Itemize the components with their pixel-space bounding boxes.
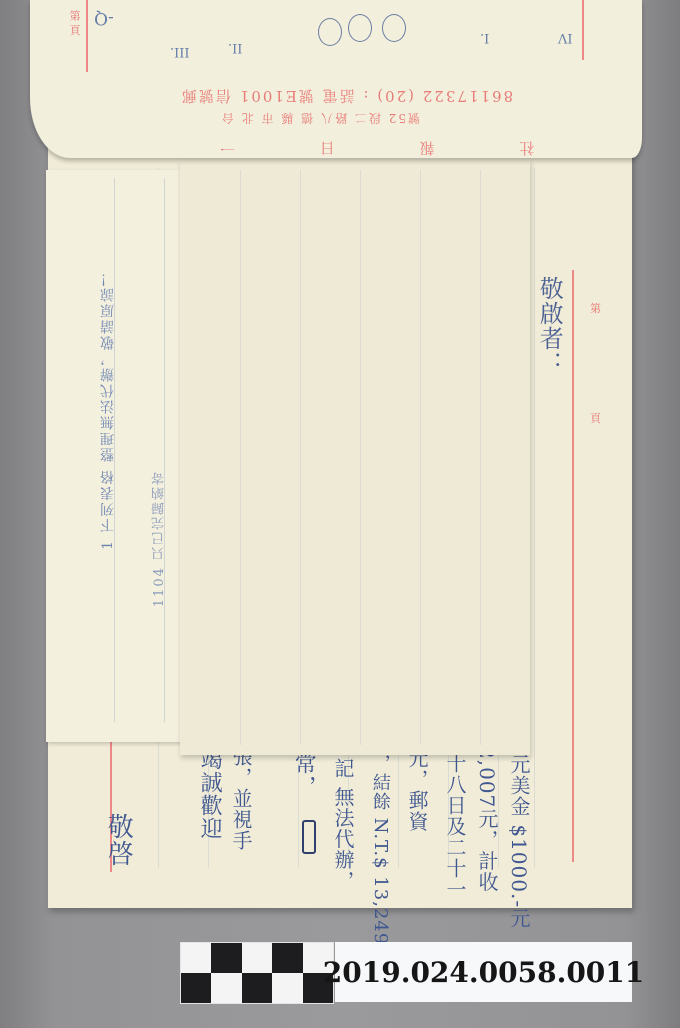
rule-line <box>240 170 241 745</box>
page-marker-bottom: 頁 <box>590 410 601 426</box>
seal-stamp-icon <box>302 820 316 854</box>
letter-column: ，結餘 N.T.$ 13,249元 <box>370 754 389 964</box>
slip-note-line-2: 1104 只已完歸納寄 <box>150 470 169 607</box>
rule-line <box>360 170 361 745</box>
letter-column: 張，並視手 <box>230 746 251 851</box>
handwriting: IV <box>558 30 573 45</box>
rule-line <box>300 170 301 745</box>
handwriting: III. <box>170 44 190 59</box>
left-note-slip: 1 下列表格 整理無法代辦，敬請原諒！ 1104 只已完歸納寄 <box>46 170 196 742</box>
accession-number-label: 2019.024.0058.0011 <box>335 942 632 1002</box>
circled-mark-icon <box>382 14 406 42</box>
circled-mark-icon <box>318 18 342 46</box>
slip-note-line-1: 1 下列表格 整理無法代辦，敬請原諒！ <box>98 270 118 550</box>
handwriting: II. <box>228 40 242 55</box>
letter-column: 下元美金 $1000.-元 <box>508 733 529 929</box>
letter-column: 元，郵資 <box>406 748 427 832</box>
closing: 敬啓 <box>104 813 131 867</box>
circled-mark-icon <box>348 14 372 42</box>
page-marker-top: 第 <box>590 300 601 316</box>
right-red-margin <box>572 270 574 862</box>
salutation: 敬啟者： <box>536 276 561 376</box>
top-red-margin-right <box>582 0 584 60</box>
letter-column: 2,007元，計收 <box>476 746 497 892</box>
color-checker <box>180 942 334 1004</box>
rule-line <box>534 168 535 868</box>
top-page-marker: 第 頁 <box>66 10 82 36</box>
printed-address-line: 號52 段二 路八 德 縣 市 北 台 <box>220 110 420 127</box>
letter-column: 十八日及二十一 <box>444 753 465 900</box>
printed-letterhead: 社 報 日 一 <box>180 138 534 158</box>
top-red-margin <box>86 0 88 72</box>
overlay-sheet <box>180 160 530 755</box>
printed-phone-line: 86117322 (20) : 話電 號E1001 信號郵 <box>180 86 513 107</box>
rule-line <box>480 170 481 745</box>
rule-line <box>420 170 421 745</box>
letter-column: 竭誠歡迎 <box>198 748 221 840</box>
letter-column: 常， <box>292 752 315 798</box>
folded-top-sheet: 86117322 (20) : 話電 號E1001 信號郵 號52 段二 路八 … <box>30 0 642 158</box>
rule-line <box>164 178 165 722</box>
letter-column: 記 無法代辦， <box>332 758 353 891</box>
handwriting: I. <box>480 30 489 45</box>
handwriting: -Q <box>94 8 114 28</box>
